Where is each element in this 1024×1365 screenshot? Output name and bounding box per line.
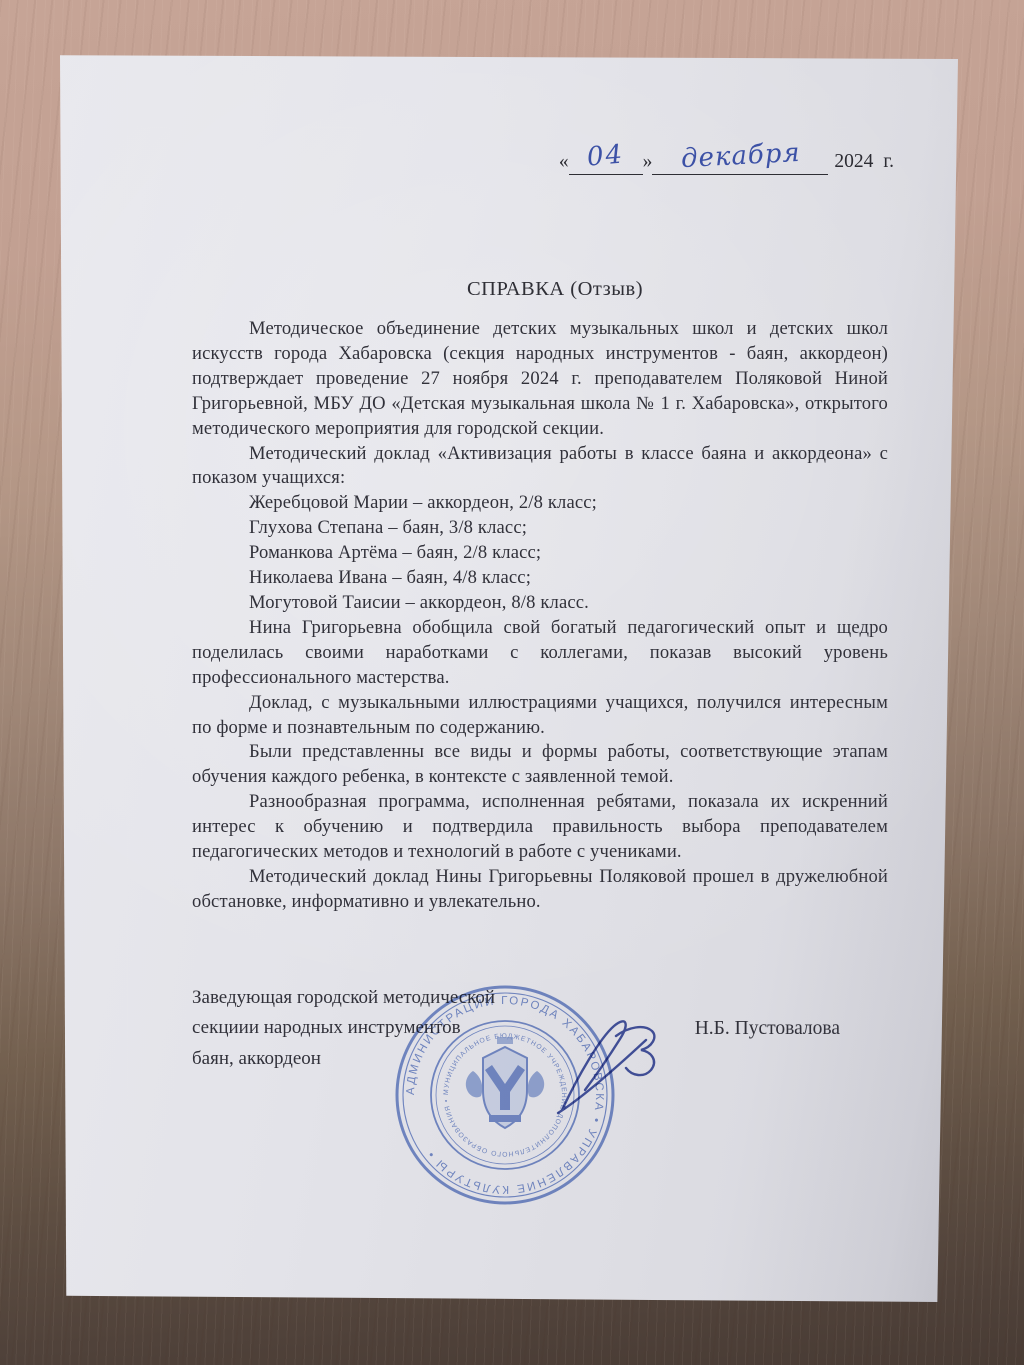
paragraph-intro: Методическое объединение детских музыкал…: [192, 317, 888, 442]
signature-autograph-icon: [552, 1014, 670, 1118]
student-line: Жеребцовой Марии – аккордеон, 2/8 класс;: [192, 491, 888, 516]
paragraph-report: Методический доклад «Активизация работы …: [192, 442, 888, 492]
document-title: СПРАВКА (Отзыв): [192, 278, 888, 301]
paragraph-forms: Были представленны все виды и формы рабо…: [192, 740, 888, 790]
paragraph-program: Разнообразная программа, исполненная реб…: [192, 790, 888, 865]
photo-of-document: «04»декабря2024г. СПРАВКА (Отзыв) Методи…: [0, 0, 1024, 1365]
paragraph-experience: Нина Григорьевна обобщила свой богатый п…: [192, 616, 888, 691]
paper-sheet: «04»декабря2024г. СПРАВКА (Отзыв) Методи…: [60, 54, 958, 1302]
paragraph-closing: Методический доклад Нины Григорьевны Пол…: [192, 865, 888, 915]
student-line: Николаева Ивана – баян, 4/8 класс;: [192, 566, 888, 591]
paragraph-doklad: Доклад, с музыкальными иллюстрациями уча…: [192, 691, 888, 741]
student-line: Романкова Артёма – баян, 2/8 класс;: [192, 541, 888, 566]
document-body: Методическое объединение детских музыкал…: [192, 317, 888, 915]
student-line: Могутовой Таисии – аккордеон, 8/8 класс.: [192, 591, 888, 616]
seal-coat-of-arms-icon: [466, 1037, 544, 1128]
signer-name: Н.Б. Пустовалова: [695, 1018, 840, 1040]
student-line: Глухова Степана – баян, 3/8 класс;: [192, 516, 888, 541]
